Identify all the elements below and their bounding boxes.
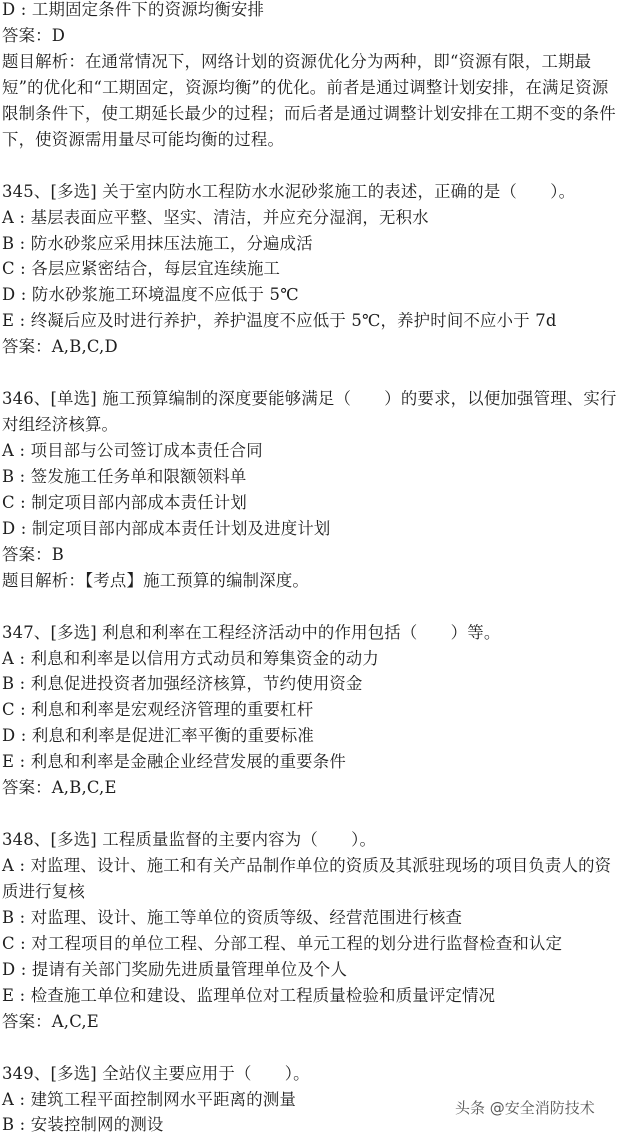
spacer — [2, 594, 618, 620]
option-c: C : 对工程项目的单位工程、分部工程、单元工程的划分进行监督检查和认定 — [2, 931, 618, 957]
option-c: C : 各层应紧密结合，每层宜连续施工 — [2, 256, 618, 282]
question-348: 348、[多选] 工程质量监督的主要内容为（ ）。 A : 对监理、设计、施工和… — [2, 827, 618, 1035]
option-e: E : 利息和利率是金融企业经营发展的重要条件 — [2, 749, 618, 775]
option-e: E : 检查施工单位和建设、监理单位对工程质量检验和质量评定情况 — [2, 983, 618, 1009]
option-a: A : 利息和利率是以信用方式动员和筹集资金的动力 — [2, 646, 618, 672]
question-stem: 346、[单选] 施工预算编制的深度要能够满足（ ）的要求，以便加强管理、实行对… — [2, 386, 618, 438]
option-d: D : 防水砂浆施工环境温度不应低于 5℃ — [2, 282, 618, 308]
option-b: B : 签发施工任务单和限额领料单 — [2, 464, 618, 490]
option-a: A : 项目部与公司签订成本责任合同 — [2, 438, 618, 464]
option-b: B : 利息促进投资者加强经济核算，节约使用资金 — [2, 671, 618, 697]
question-346: 346、[单选] 施工预算编制的深度要能够满足（ ）的要求，以便加强管理、实行对… — [2, 386, 618, 594]
option-a: A : 基层表面应平整、坚实、清洁，并应充分湿润，无积水 — [2, 205, 618, 231]
question-347: 347、[多选] 利息和利率在工程经济活动中的作用包括（ ）等。 A : 利息和… — [2, 620, 618, 802]
option-e: E : 终凝后应及时进行养护，养护温度不应低于 5℃，养护时间不应小于 7d — [2, 308, 618, 334]
document-page: D : 工期固定条件下的资源均衡安排 答案：D 题目解析：在通常情况下，网络计划… — [2, 0, 618, 1136]
option-d: D : 利息和利率是促进汇率平衡的重要标准 — [2, 723, 618, 749]
spacer — [2, 1035, 618, 1061]
question-345: 345、[多选] 关于室内防水工程防水水泥砂浆施工的表述，正确的是（ ）。 A … — [2, 179, 618, 361]
option-line: D : 工期固定条件下的资源均衡安排 — [2, 0, 618, 23]
spacer — [2, 801, 618, 827]
analysis-paragraph: 题目解析：在通常情况下，网络计划的资源优化分为两种，即“资源有限，工期最短”的优… — [2, 49, 618, 153]
question-stem: 345、[多选] 关于室内防水工程防水水泥砂浆施工的表述，正确的是（ ）。 — [2, 179, 618, 205]
answer-line: 答案：B — [2, 542, 618, 568]
watermark: 头条 @安全消防技术 — [455, 1097, 595, 1118]
answer-line: 答案：D — [2, 23, 618, 49]
option-c: C : 利息和利率是宏观经济管理的重要杠杆 — [2, 697, 618, 723]
option-d: D : 提请有关部门奖励先进质量管理单位及个人 — [2, 957, 618, 983]
option-d: D : 制定项目部内部成本责任计划及进度计划 — [2, 516, 618, 542]
option-b: B : 防水砂浆应采用抹压法施工，分遍成活 — [2, 231, 618, 257]
spacer — [2, 153, 618, 179]
answer-line: 答案：A,B,C,D — [2, 334, 618, 360]
answer-line: 答案：A,B,C,E — [2, 775, 618, 801]
option-c: C : 制定项目部内部成本责任计划 — [2, 490, 618, 516]
option-b: B : 对监理、设计、施工等单位的资质等级、经营范围进行核查 — [2, 905, 618, 931]
analysis-line: 题目解析：【考点】施工预算的编制深度。 — [2, 568, 618, 594]
spacer — [2, 360, 618, 386]
answer-line: 答案：A,C,E — [2, 1009, 618, 1035]
option-a: A : 对监理、设计、施工和有关产品制作单位的资质及其派驻现场的项目负责人的资质… — [2, 853, 618, 905]
question-stem: 347、[多选] 利息和利率在工程经济活动中的作用包括（ ）等。 — [2, 620, 618, 646]
question-stem: 349、[多选] 全站仪主要应用于（ ）。 — [2, 1061, 618, 1087]
question-stem: 348、[多选] 工程质量监督的主要内容为（ ）。 — [2, 827, 618, 853]
